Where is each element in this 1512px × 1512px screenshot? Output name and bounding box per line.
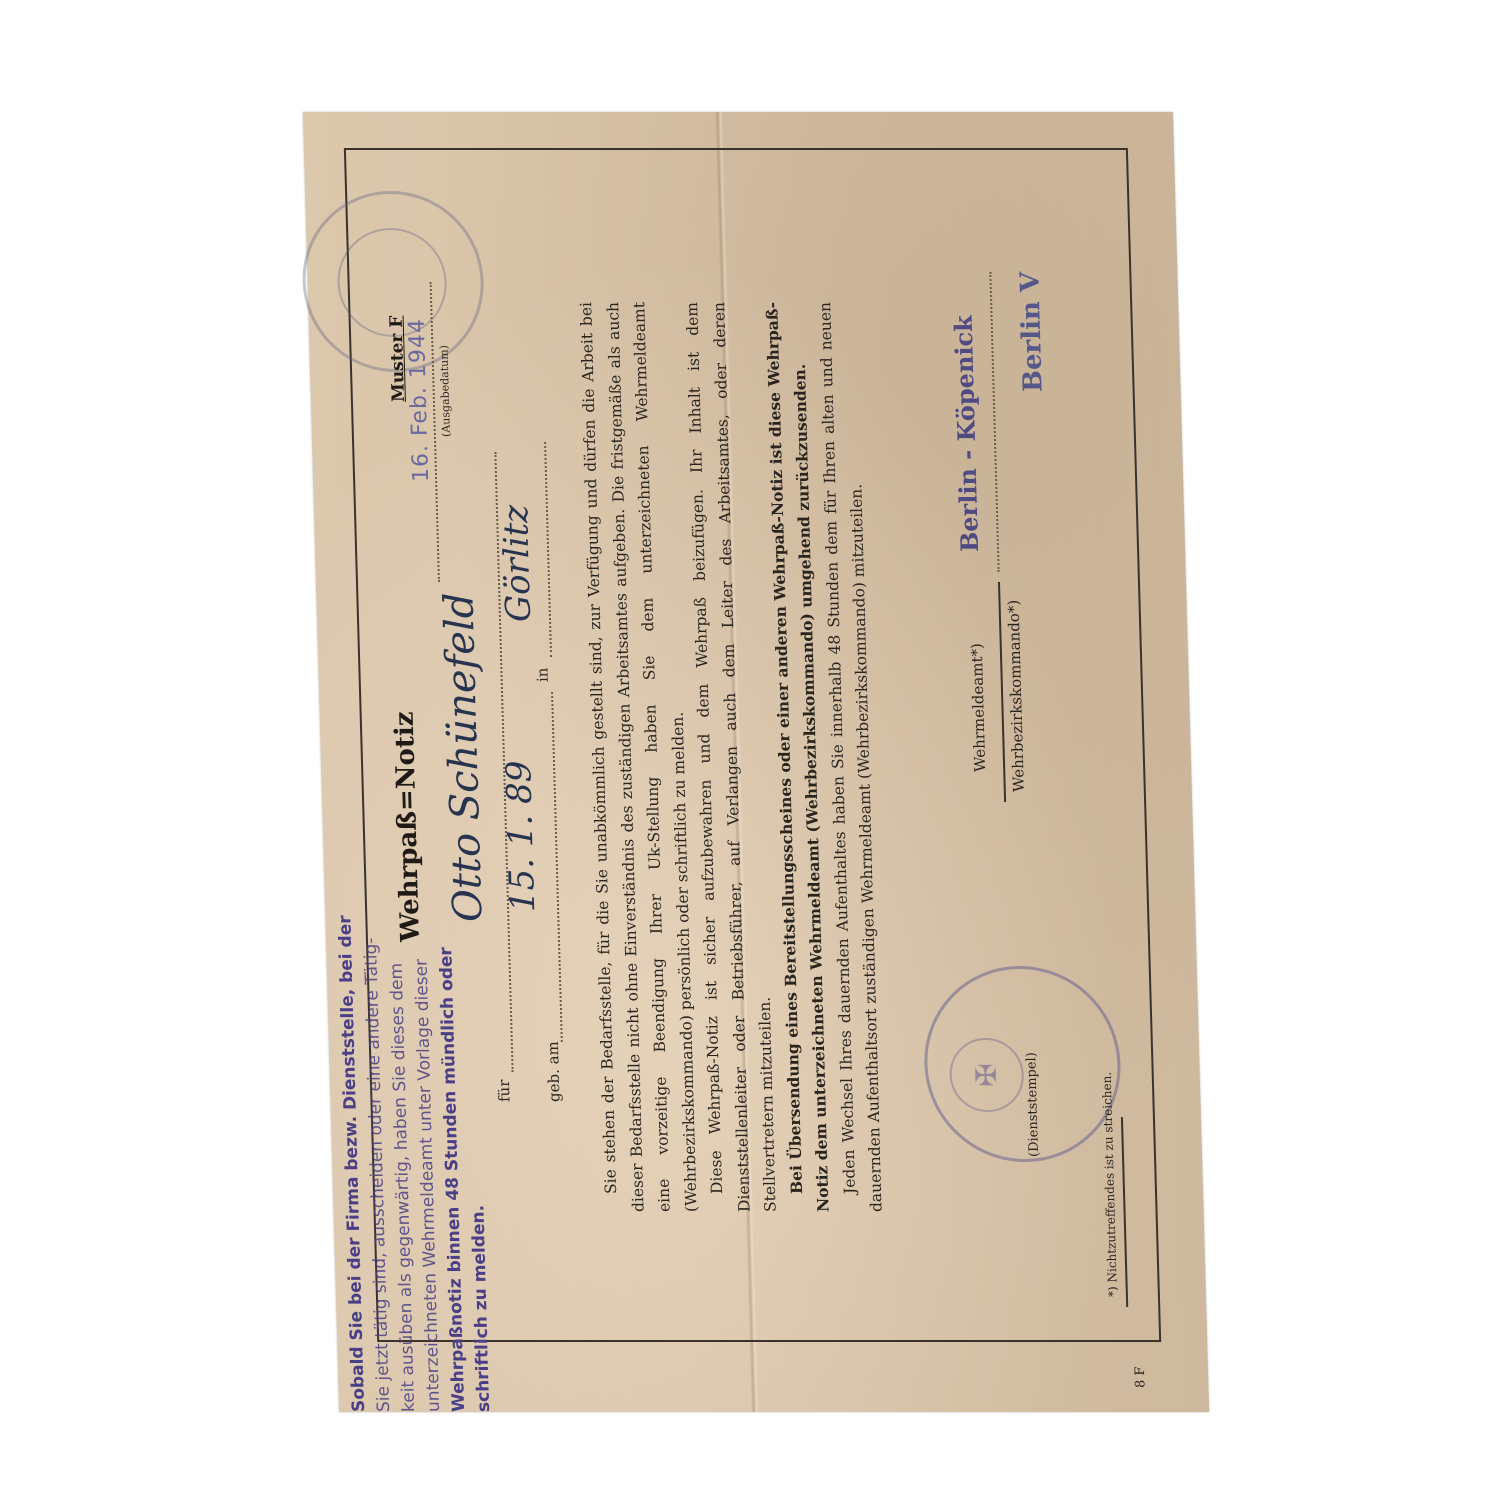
eagle-emblem-icon: ✠	[949, 1038, 1025, 1112]
birth-place-value: Görlitz	[496, 505, 539, 622]
office-label-wehrmeldeamt: Wehrmeldeamt*)	[968, 643, 990, 772]
birth-place-label: in	[533, 668, 551, 682]
instructions-body: Sie stehen der Bedarfsstelle, für die Si…	[573, 302, 890, 1212]
birth-date-label: geb. am	[544, 1041, 564, 1102]
notice-stamp: Sobald Sie bei der Firma bezw. Dienstste…	[334, 942, 497, 1412]
issue-date-label: (Ausgabedatum)	[437, 345, 453, 437]
name-field-label: für	[495, 1080, 514, 1102]
birth-date-value: 15. 1. 89	[499, 761, 543, 912]
name-field-value: Otto Schünefeld	[436, 593, 491, 922]
seal-label: (Dienststempel)	[1024, 1052, 1042, 1157]
wehrpass-notiz-document: Sobald Sie bei der Firma bezw. Dienstste…	[303, 112, 1209, 1412]
issue-date-stamp: 16. Feb. 1944	[405, 318, 435, 482]
document-title: Wehrpaß=Notiz	[390, 711, 426, 942]
office-stamp-berlin-v: Berlin V	[1015, 272, 1048, 392]
form-code: 8 F	[1133, 1367, 1149, 1388]
